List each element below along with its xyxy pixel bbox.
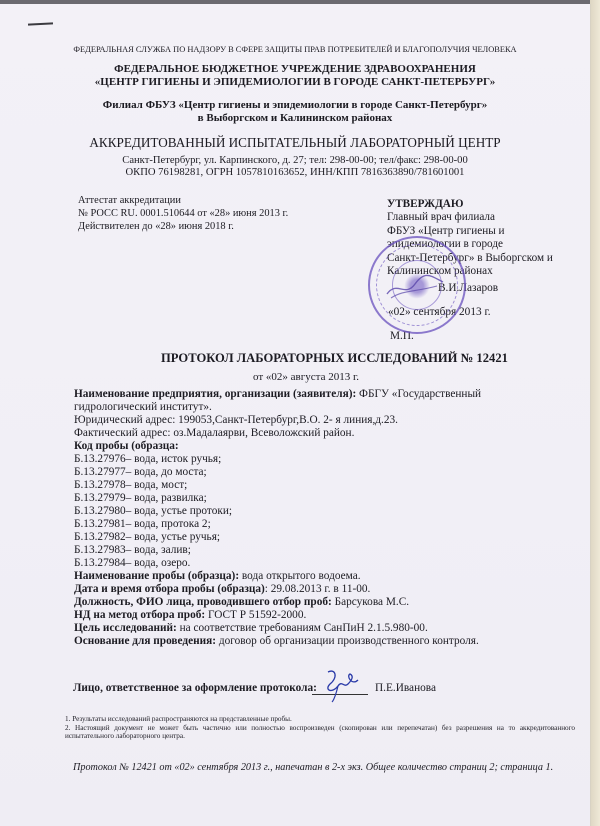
- method-label: НД на метод отбора проб:: [74, 609, 205, 621]
- document-page: ФЕДЕРАЛЬНАЯ СЛУЖБА ПО НАДЗОРУ В СФЕРЕ ЗА…: [0, 4, 591, 826]
- sample-name-line: Наименование пробы (образца): вода откры…: [74, 570, 361, 583]
- branch-line-1: Филиал ФБУЗ «Центр гигиены и эпидемиолог…: [0, 99, 590, 111]
- pen-mark: [28, 22, 53, 25]
- sample-item: Б.13.27982– вода, устье ручья;: [74, 531, 220, 544]
- sample-item: Б.13.27979– вода, развилка;: [74, 492, 207, 505]
- sample-item: Б.13.27984– вода, озеро.: [74, 557, 190, 570]
- protocol-footer: Протокол № 12421 от «02» сентября 2013 г…: [73, 762, 553, 773]
- method-line: НД на метод отбора проб: ГОСТ Р 51592-20…: [74, 609, 306, 622]
- applicant-value-cont: гидрологический институт».: [74, 401, 212, 414]
- sampling-datetime-value: : 29.08.2013 г. в 11-00.: [265, 583, 371, 595]
- lab-codes: ОКПО 76198281, ОГРН 1057810163652, ИНН/К…: [0, 167, 590, 178]
- sample-item: Б.13.27976– вода, исток ручья;: [74, 453, 221, 466]
- lab-center-title: АККРЕДИТОВАННЫЙ ИСПЫТАТЕЛЬНЫЙ ЛАБОРАТОРН…: [0, 135, 590, 151]
- protocol-date: от «02» августа 2013 г.: [253, 371, 359, 384]
- applicant-value: ФБГУ «Государственный: [356, 388, 481, 400]
- accreditation-valid-until: Действителен до «28» июня 2018 г.: [78, 220, 234, 233]
- approval-title: УТВЕРЖДАЮ: [387, 198, 587, 211]
- sample-item: Б.13.27983– вода, залив;: [74, 544, 191, 557]
- note-item: 2. Настоящий документ не может быть част…: [65, 724, 575, 741]
- sampler-value: Барсукова М.С.: [332, 596, 409, 608]
- purpose-value: на соответствие требованиям СанПиН 2.1.5…: [177, 622, 428, 634]
- approval-line: Главный врач филиала: [387, 211, 587, 224]
- applicant-line: Наименование предприятия, организации (з…: [74, 388, 481, 401]
- sample-item: Б.13.27977– вода, до моста;: [74, 466, 207, 479]
- basis-value: договор об организации производственного…: [216, 635, 479, 647]
- basis-label: Основание для проведения:: [74, 635, 216, 647]
- method-value: ГОСТ Р 51592-2000.: [205, 609, 306, 621]
- basis-line: Основание для проведения: договор об орг…: [74, 635, 479, 648]
- responsible-name: П.Е.Иванова: [375, 682, 436, 695]
- lab-address: Санкт-Петербург, ул. Карпинского, д. 27;…: [0, 155, 590, 166]
- approver-signature: [385, 272, 445, 302]
- institution-line-1: ФЕДЕРАЛЬНОЕ БЮДЖЕТНОЕ УЧРЕЖДЕНИЕ ЗДРАВОО…: [0, 63, 590, 75]
- branch-line-2: в Выборгском и Калининском районах: [0, 112, 590, 124]
- accreditation-number: № РОСС RU. 0001.510644 от «28» июня 2013…: [78, 207, 288, 220]
- sampler-line: Должность, ФИО лица, проводившего отбор …: [74, 596, 409, 609]
- sample-name-value: вода открытого водоема.: [239, 570, 360, 582]
- actual-address: Фактический адрес: оз.Мадалаярви, Всевол…: [74, 427, 354, 440]
- sampling-datetime-label: Дата и время отбора пробы (образца): [74, 583, 265, 595]
- sample-item: Б.13.27981– вода, протока 2;: [74, 518, 211, 531]
- scan-right-edge: [590, 0, 600, 826]
- sample-item: Б.13.27980– вода, устье протоки;: [74, 505, 232, 518]
- applicant-label: Наименование предприятия, организации (з…: [74, 388, 356, 400]
- notes: 1. Результаты исследований распространяю…: [65, 715, 575, 741]
- legal-address: Юридический адрес: 199053,Санкт-Петербур…: [74, 414, 398, 427]
- sample-item: Б.13.27978– вода, мост;: [74, 479, 187, 492]
- purpose-label: Цель исследований:: [74, 622, 177, 634]
- accreditation-label: Аттестат аккредитации: [78, 194, 181, 207]
- sample-name-label: Наименование пробы (образца):: [74, 570, 239, 582]
- purpose-line: Цель исследований: на соответствие требо…: [74, 622, 428, 635]
- protocol-title: ПРОТОКОЛ ЛАБОРАТОРНЫХ ИССЛЕДОВАНИЙ № 124…: [161, 352, 508, 365]
- responsible-label: Лицо, ответственное за оформление проток…: [73, 682, 317, 695]
- sample-code-label: Код пробы (образца:: [74, 440, 179, 453]
- agency-name: ФЕДЕРАЛЬНАЯ СЛУЖБА ПО НАДЗОРУ В СФЕРЕ ЗА…: [0, 45, 590, 54]
- note-item: 1. Результаты исследований распространяю…: [65, 715, 575, 724]
- sampler-label: Должность, ФИО лица, проводившего отбор …: [74, 596, 332, 608]
- responsible-signature: [318, 666, 368, 704]
- institution-line-2: «ЦЕНТР ГИГИЕНЫ И ЭПИДЕМИОЛОГИИ В ГОРОДЕ …: [0, 76, 590, 88]
- sampling-datetime-line: Дата и время отбора пробы (образца): 29.…: [74, 583, 370, 596]
